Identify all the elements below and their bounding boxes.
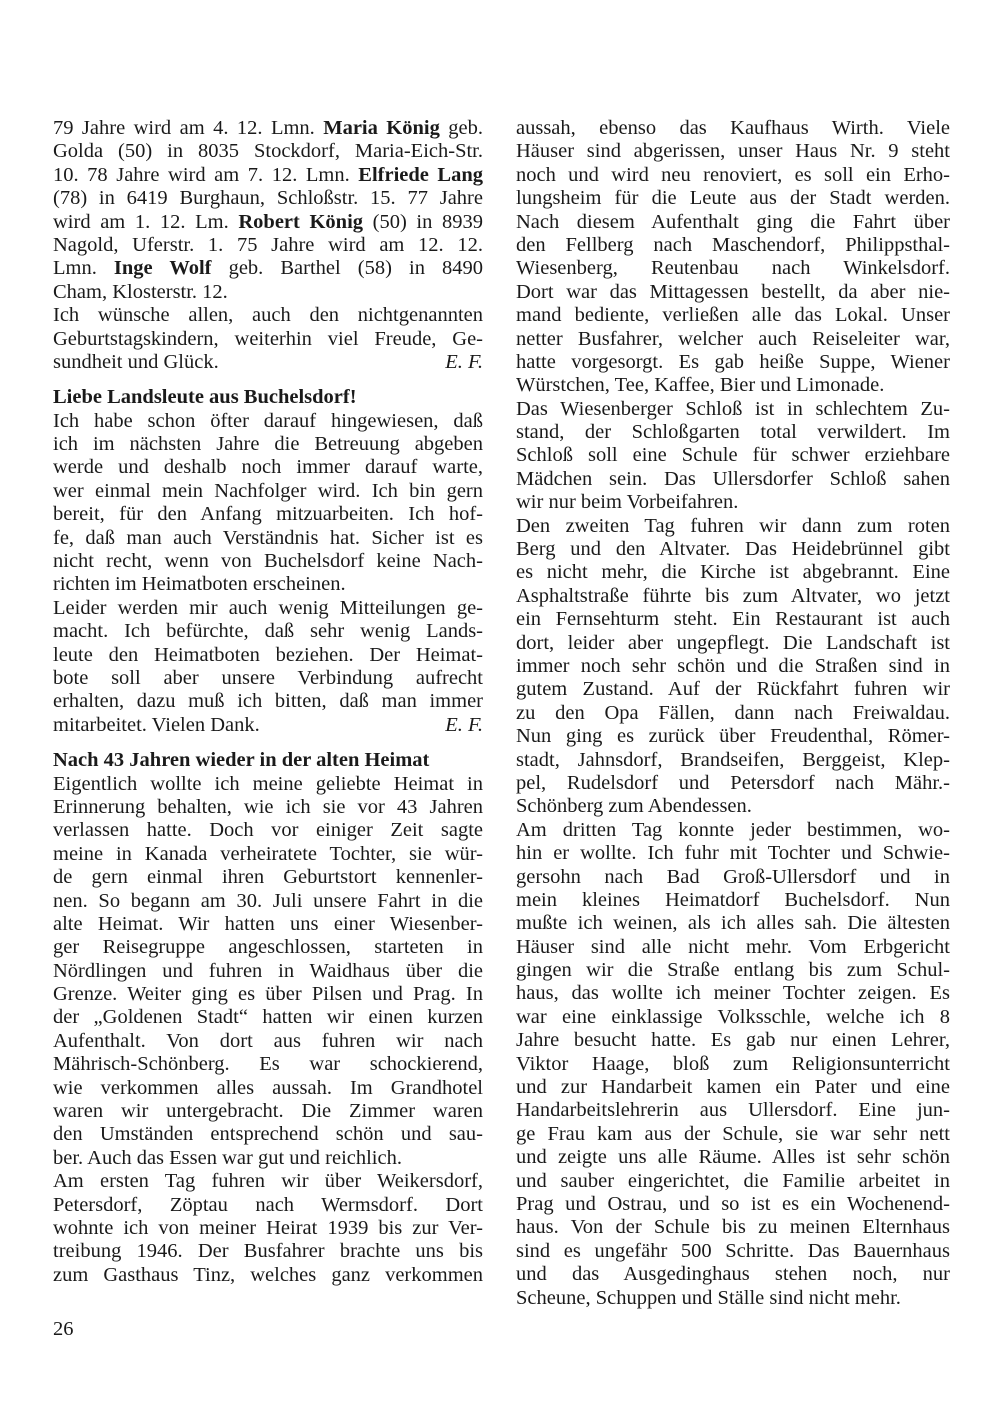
text-line: Nach diesem Aufenthalt ging die Fahrt üb… bbox=[516, 211, 950, 234]
text-line: Schönberg zum Abendessen. bbox=[516, 795, 950, 818]
wishes-paragraph: Ich wünsche allen, auch den nichtgenannt… bbox=[53, 304, 483, 374]
text-line: Aufenthalt. Von dort aus fuhren wir nach bbox=[53, 1030, 483, 1053]
text-line: und sauber eingerichtet, die Familie arb… bbox=[516, 1170, 950, 1193]
text-line: Grenze. Weiter ging es über Pilsen und P… bbox=[53, 983, 483, 1006]
page-number: 26 bbox=[53, 1317, 74, 1341]
paragraph: Das Wiesenberger Schloß ist in schlechte… bbox=[516, 398, 950, 515]
text-line: hatte vorgesorgt. Es gab heiße Suppe, Wi… bbox=[516, 351, 950, 374]
text-line: waren wir untergebracht. Die Zimmer ware… bbox=[53, 1100, 483, 1123]
text-line: ge Frau kam aus der Schule, sie war sehr… bbox=[516, 1123, 950, 1146]
text-line: Würstchen, Tee, Kaffee, Bier und Limonad… bbox=[516, 374, 950, 397]
text-line: gutem Zustand. Auf der Rückfahrt fuhren … bbox=[516, 678, 950, 701]
section-heading-nach-43-jahren: Nach 43 Jahren wieder in der alten Heima… bbox=[53, 749, 483, 772]
text-line: mand bediente, verließen alle das Lokal.… bbox=[516, 304, 950, 327]
text-line: gersohn nach Bad Groß-Ullersdorf und in bbox=[516, 866, 950, 889]
text-line: Ich wünsche allen, auch den nichtgenannt… bbox=[53, 304, 483, 327]
person-name: Inge Wolf bbox=[114, 257, 212, 279]
text-line: Jahre besucht hatte. Es gab nur einen Le… bbox=[516, 1029, 950, 1052]
text-line: mußte ich weinen, als ich alles sah. Die… bbox=[516, 912, 950, 935]
text-line: sundheit und Glück.E. F. bbox=[53, 351, 483, 374]
text-line: war eine einklassige Volksschle, welche … bbox=[516, 1006, 950, 1029]
text-line: und zur Handarbeit kamen ein Pater und e… bbox=[516, 1076, 950, 1099]
text-line: wohnte ich von meiner Heirat 1939 bis zu… bbox=[53, 1217, 483, 1240]
paragraph: Den zweiten Tag fuhren wir dann zum rote… bbox=[516, 515, 950, 819]
text-line: zu den Opa Fällen, dann nach Freiwaldau. bbox=[516, 702, 950, 725]
text-line: Erinnerung behalten, wie ich sie vor 43 … bbox=[53, 796, 483, 819]
text-line: de gern einmal ihren Geburtstort kennenl… bbox=[53, 866, 483, 889]
text-line: Leider werden mir auch wenig Mitteilunge… bbox=[53, 597, 483, 620]
text-line: Häuser sind alle nicht mehr. Vom Erbgeri… bbox=[516, 936, 950, 959]
text-line: wir nur beim Vorbeifahren. bbox=[516, 491, 950, 514]
text-line: haus. Von der Schule bis zu meinen Elter… bbox=[516, 1216, 950, 1239]
right-column: aussah, ebenso das Kaufhaus Wirth. Viele… bbox=[516, 117, 950, 1310]
text-line: aussah, ebenso das Kaufhaus Wirth. Viele bbox=[516, 117, 950, 140]
text-line: Cham, Klosterstr. 12. bbox=[53, 281, 483, 304]
text-line: wird am 1. 12. Lm. Robert König (50) in … bbox=[53, 211, 483, 234]
paragraph: Ich habe schon öfter darauf hingewiesen,… bbox=[53, 410, 483, 597]
text-line: leute den Heimatboten beziehen. Der Heim… bbox=[53, 644, 483, 667]
text-line: gingen wir die Straße entlang bis zum Sc… bbox=[516, 959, 950, 982]
paragraph: Am dritten Tag konnte jeder bestimmen, w… bbox=[516, 819, 950, 1310]
text-line: noch und wird neu renoviert, es soll ein… bbox=[516, 164, 950, 187]
text-line: ber. Auch das Essen war gut und reichlic… bbox=[53, 1147, 483, 1170]
text-line: meine in Kanada verheiratete Tochter, si… bbox=[53, 843, 483, 866]
text-line: (78) in 6419 Burghaun, Schloßstr. 15. 77… bbox=[53, 187, 483, 210]
text-line: Berg und den Altvater. Das Heidebrünnel … bbox=[516, 538, 950, 561]
person-name: Robert König bbox=[238, 211, 363, 233]
section-gap bbox=[53, 737, 483, 749]
text-line: macht. Ich befürchte, daß sehr wenig Lan… bbox=[53, 620, 483, 643]
text-line: Dort war das Mittagessen bestellt, da ab… bbox=[516, 281, 950, 304]
text-line: mein kleines Heimatdorf Buchelsdorf. Nun bbox=[516, 889, 950, 912]
text-line: Geburtstagskindern, weiterhin viel Freud… bbox=[53, 328, 483, 351]
text-line: sind es ungefähr 500 Schritte. Das Bauer… bbox=[516, 1240, 950, 1263]
paragraph: aussah, ebenso das Kaufhaus Wirth. Viele… bbox=[516, 117, 950, 398]
text-line: wer einmal mein Nachfolger wird. Ich bin… bbox=[53, 480, 483, 503]
text-line: netter Busfahrer, welcher auch Reiseleit… bbox=[516, 328, 950, 351]
text-line: Nun ging es zurück über Freudenthal, Röm… bbox=[516, 725, 950, 748]
left-column: 79 Jahre wird am 4. 12. Lmn. Maria König… bbox=[53, 117, 483, 1287]
person-name: Maria König bbox=[323, 117, 440, 139]
text-line: Scheune, Schuppen und Ställe sind nicht … bbox=[516, 1287, 950, 1310]
text-line: Am ersten Tag fuhren wir über Weikersdor… bbox=[53, 1170, 483, 1193]
section-gap bbox=[53, 374, 483, 386]
text-line: Handarbeitslehrerin aus Ullersdorf. Eine… bbox=[516, 1099, 950, 1122]
text-line: alte Heimat. Wir hatten uns einer Wiesen… bbox=[53, 913, 483, 936]
text-line: den Umständen entsprechend schön und sau… bbox=[53, 1123, 483, 1146]
birthday-list: 79 Jahre wird am 4. 12. Lmn. Maria König… bbox=[53, 117, 483, 304]
text-line: bote soll aber unsere Verbindung aufrech… bbox=[53, 667, 483, 690]
text-line: treibung 1946. Der Busfahrer brachte uns… bbox=[53, 1240, 483, 1263]
text-line: verlassen hatte. Doch vor einiger Zeit s… bbox=[53, 819, 483, 842]
text-line: dort, leider aber ungepflegt. Die Landsc… bbox=[516, 632, 950, 655]
paragraph: Leider werden mir auch wenig Mitteilunge… bbox=[53, 597, 483, 737]
text-line: Das Wiesenberger Schloß ist in schlechte… bbox=[516, 398, 950, 421]
text-line: ein Fernsehturm steht. Ein Restaurant is… bbox=[516, 608, 950, 631]
text-line: Mährisch-Schönberg. Es war schockierend, bbox=[53, 1053, 483, 1076]
text-line: Petersdorf, Zöptau nach Wermsdorf. Dort bbox=[53, 1194, 483, 1217]
text-line: wie verkommen alles aussah. Im Grandhote… bbox=[53, 1077, 483, 1100]
text-line: Asphaltstraße führte bis zum Altvater, w… bbox=[516, 585, 950, 608]
text-line: stadt, Jahnsdorf, Brandseifen, Berggeist… bbox=[516, 749, 950, 772]
author-signature: E. F. bbox=[445, 351, 483, 374]
text-line: Nagold, Uferstr. 1. 75 Jahre wird am 12.… bbox=[53, 234, 483, 257]
section-heading-liebe-landsleute: Liebe Landsleute aus Buchelsdorf! bbox=[53, 386, 483, 409]
text-line: Lmn. Inge Wolf geb. Barthel (58) in 8490 bbox=[53, 257, 483, 280]
text-line: nen. So begann am 30. Juli unsere Fahrt … bbox=[53, 890, 483, 913]
text-line: Prag und Ostrau, und so ist es ein Woche… bbox=[516, 1193, 950, 1216]
paragraph: Eigentlich wollte ich meine geliebte Hei… bbox=[53, 773, 483, 1171]
text-line: und zeigte uns alle Räume. Alles ist seh… bbox=[516, 1146, 950, 1169]
text-line: Viktor Haage, bloß zum Religionsunterric… bbox=[516, 1053, 950, 1076]
author-signature: E. F. bbox=[445, 714, 483, 737]
text-line: den Fellberg nach Maschendorf, Philippst… bbox=[516, 234, 950, 257]
text-line: Mädchen sein. Das Ullersdorfer Schloß sa… bbox=[516, 468, 950, 491]
text-line: und das Ausgedinghaus stehen noch, nur bbox=[516, 1263, 950, 1286]
text-line: stand, der Schloßgarten total verwildert… bbox=[516, 421, 950, 444]
text-line: Den zweiten Tag fuhren wir dann zum rote… bbox=[516, 515, 950, 538]
text-line: mitarbeitet. Vielen Dank.E. F. bbox=[53, 714, 483, 737]
text-line: 10. 78 Jahre wird am 7. 12. Lmn. Elfried… bbox=[53, 164, 483, 187]
text-line: lungsheim für die Leute aus der Stadt we… bbox=[516, 187, 950, 210]
text-line: hin er wollte. Ich fuhr mit Tochter und … bbox=[516, 842, 950, 865]
text-line: bereit, für den Anfang mitzuarbeiten. Ic… bbox=[53, 503, 483, 526]
text-line: Häuser sind abgerissen, unser Haus Nr. 9… bbox=[516, 140, 950, 163]
text-line: Eigentlich wollte ich meine geliebte Hei… bbox=[53, 773, 483, 796]
text-line: Golda (50) in 8035 Stockdorf, Maria-Eich… bbox=[53, 140, 483, 163]
text-line: ger Reisegruppe angeschlossen, starteten… bbox=[53, 936, 483, 959]
text-line: Ich habe schon öfter darauf hingewiesen,… bbox=[53, 410, 483, 433]
text-line: pel, Rudelsdorf und Petersdorf nach Mähr… bbox=[516, 772, 950, 795]
text-line: fe, daß man auch Verständnis hat. Sicher… bbox=[53, 527, 483, 550]
text-line: Wiesenberg, Reutenbau nach Winkelsdorf. bbox=[516, 257, 950, 280]
text-line: zum Gasthaus Tinz, welches ganz verkomme… bbox=[53, 1264, 483, 1287]
text-line: richten im Heimatboten erscheinen. bbox=[53, 573, 483, 596]
text-line: ich im nächsten Jahre die Betreuung abge… bbox=[53, 433, 483, 456]
text-line: werde und deshalb noch immer darauf wart… bbox=[53, 456, 483, 479]
text-line: immer noch sehr schön und die Straßen si… bbox=[516, 655, 950, 678]
text-line: 79 Jahre wird am 4. 12. Lmn. Maria König… bbox=[53, 117, 483, 140]
text-line: Schloß soll eine Schule für schwer erzie… bbox=[516, 444, 950, 467]
text-line: der „Goldenen Stadt“ hatten wir einen ku… bbox=[53, 1006, 483, 1029]
text-line: nicht recht, wenn von Buchelsdorf keine … bbox=[53, 550, 483, 573]
text-line: es nicht mehr, die Kirche ist abgebrannt… bbox=[516, 561, 950, 584]
text-line: Am dritten Tag konnte jeder bestimmen, w… bbox=[516, 819, 950, 842]
text-line: Nördlingen und fuhren in Waidhaus über d… bbox=[53, 960, 483, 983]
text-line: erhalten, dazu muß ich bitten, daß man i… bbox=[53, 690, 483, 713]
text-line: haus, das wollte ich meiner Tochter zeig… bbox=[516, 982, 950, 1005]
person-name: Elfriede Lang bbox=[358, 164, 483, 186]
paragraph: Am ersten Tag fuhren wir über Weikersdor… bbox=[53, 1170, 483, 1287]
